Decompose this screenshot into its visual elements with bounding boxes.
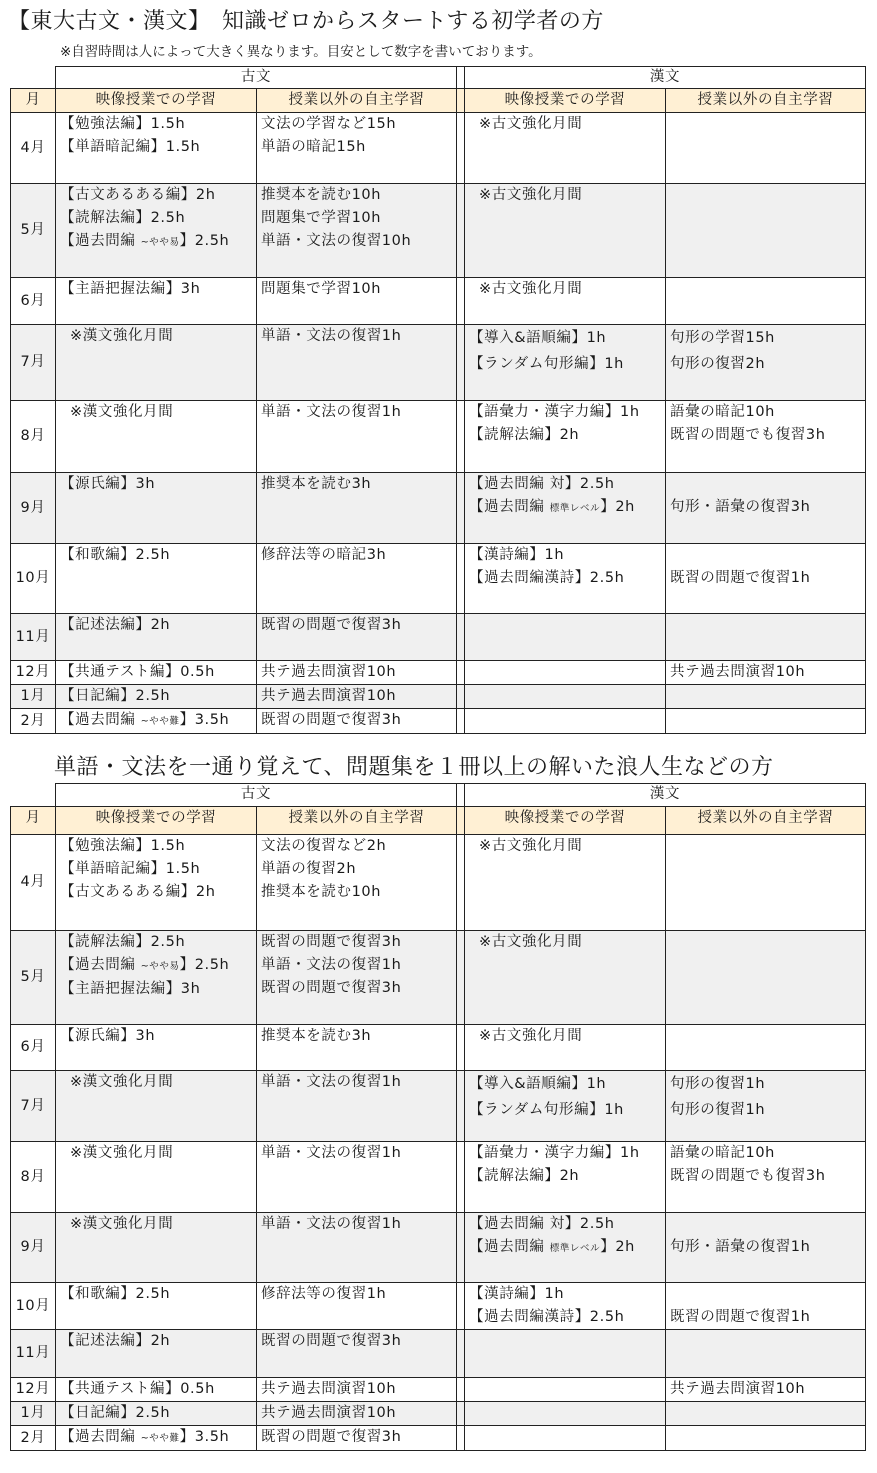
- kanbun-self-cell: [666, 184, 866, 278]
- cell-line: 問題集で学習10h: [261, 278, 452, 301]
- cell-line: 語彙の暗記10h: [670, 1142, 861, 1165]
- column-separator: [457, 1071, 465, 1142]
- column-separator: [457, 1426, 465, 1451]
- kobun-self-cell: 既習の問題で復習3h: [257, 614, 457, 661]
- kobun-video-cell: 【共通テスト編】0.5h: [56, 661, 257, 685]
- column-separator: [457, 807, 465, 835]
- cell-line: 既習の問題で復習3h: [261, 709, 452, 732]
- cell-line: ※漢文強化月間: [70, 1213, 252, 1236]
- month-row: 4月【勉強法編】1.5h【単語暗記編】1.5h【古文あるある編】2h文法の復習な…: [11, 835, 866, 931]
- cell-line: 単語・文法の復習1h: [261, 1071, 452, 1094]
- month-cell: 11月: [11, 614, 56, 661]
- kobun-video-cell: 【共通テスト編】0.5h: [56, 1378, 257, 1402]
- kobun-video-cell: 【過去問編 ~やや難】3.5h: [56, 1426, 257, 1451]
- cell-line: ※古文強化月間: [479, 113, 661, 136]
- cell-line: 【過去問編 ~やや難】3.5h: [60, 709, 252, 733]
- month-row: 4月【勉強法編】1.5h【単語暗記編】1.5h文法の学習など15h単語の暗記15…: [11, 113, 866, 184]
- column-separator: [457, 473, 465, 544]
- cell-line: 【日記編】2.5h: [60, 685, 252, 708]
- cell-line: ※古文強化月間: [479, 835, 661, 858]
- cell-line: 単語の暗記15h: [261, 136, 452, 159]
- kanbun-self-cell: 共テ過去問演習10h: [666, 1378, 866, 1402]
- kanbun-video-cell: 【語彙力・漢字力編】1h【読解法編】2h: [465, 401, 666, 473]
- cell-line: ※古文強化月間: [479, 184, 661, 207]
- corner-blank: [11, 784, 56, 807]
- month-cell: 10月: [11, 1283, 56, 1330]
- cell-line: 【語彙力・漢字力編】1h: [469, 1142, 661, 1165]
- month-row: 5月【古文あるある編】2h【読解法編】2.5h【過去問編 ~やや易】2.5h推奨…: [11, 184, 866, 278]
- kobun-video-cell: 【勉強法編】1.5h【単語暗記編】1.5h: [56, 113, 257, 184]
- month-row: 10月【和歌編】2.5h修辞法等の暗記3h【漢詩編】1h【過去問編漢詩】2.5h…: [11, 544, 866, 614]
- kanbun-self-cell: 語彙の暗記10h既習の問題でも復習3h: [666, 1142, 866, 1213]
- kobun-video-cell: 【古文あるある編】2h【読解法編】2.5h【過去問編 ~やや易】2.5h: [56, 184, 257, 278]
- kobun-video-cell: 【日記編】2.5h: [56, 1402, 257, 1426]
- kanbun-video-cell: [465, 1426, 666, 1451]
- month-row: 12月【共通テスト編】0.5h共テ過去問演習10h共テ過去問演習10h: [11, 1378, 866, 1402]
- kobun-video-cell: ※漢文強化月間: [56, 1213, 257, 1283]
- cell-line: ※古文強化月間: [479, 931, 661, 954]
- kobun-video-cell: 【読解法編】2.5h【過去問編 ~やや易】2.5h【主語把握法編】3h: [56, 931, 257, 1025]
- month-row: 1月【日記編】2.5h共テ過去問演習10h: [11, 1402, 866, 1426]
- month-cell: 4月: [11, 113, 56, 184]
- kanbun-video-cell: 【過去問編 対】2.5h【過去問編 標準レベル】2h: [465, 473, 666, 544]
- month-row: 11月【記述法編】2h既習の問題で復習3h: [11, 1330, 866, 1378]
- kobun-video-cell: 【源氏編】3h: [56, 1025, 257, 1071]
- kanbun-video-cell: 【過去問編 対】2.5h【過去問編 標準レベル】2h: [465, 1213, 666, 1283]
- kanbun-video-cell: [465, 661, 666, 685]
- cell-line: 既習の問題で復習3h: [261, 614, 452, 637]
- cell-line: 推奨本を読む3h: [261, 473, 452, 496]
- cell-line: 【記述法編】2h: [60, 1330, 252, 1353]
- kobun-self-cell: 単語・文法の復習1h: [257, 1213, 457, 1283]
- kobun-video-cell: 【和歌編】2.5h: [56, 544, 257, 614]
- cell-line: 既習の問題でも復習3h: [670, 424, 861, 447]
- column-separator: [457, 931, 465, 1025]
- month-cell: 6月: [11, 1025, 56, 1071]
- kobun-self-cell: 推奨本を読む3h: [257, 473, 457, 544]
- cell-line: ※漢文強化月間: [70, 1142, 252, 1165]
- kanbun-self-header: 授業以外の自主学習: [666, 89, 866, 113]
- month-row: 6月【源氏編】3h推奨本を読む3h※古文強化月間: [11, 1025, 866, 1071]
- kobun-video-cell: ※漢文強化月間: [56, 401, 257, 473]
- cell-line: 【日記編】2.5h: [60, 1402, 252, 1425]
- kobun-self-cell: 共テ過去問演習10h: [257, 1378, 457, 1402]
- kobun-self-cell: 単語・文法の復習1h: [257, 1071, 457, 1142]
- cell-line: 【読解法編】2.5h: [60, 931, 252, 954]
- kobun-self-cell: 問題集で学習10h: [257, 278, 457, 325]
- kobun-group-header: 古文: [56, 67, 457, 89]
- kanbun-video-cell: 【漢詩編】1h【過去問編漢詩】2.5h: [465, 1283, 666, 1330]
- month-row: 8月※漢文強化月間単語・文法の復習1h【語彙力・漢字力編】1h【読解法編】2h語…: [11, 401, 866, 473]
- cell-line: 【ランダム句形編】1h: [469, 351, 661, 377]
- kobun-group-header: 古文: [56, 784, 457, 807]
- column-separator: [457, 1213, 465, 1283]
- month-row: 12月【共通テスト編】0.5h共テ過去問演習10h共テ過去問演習10h: [11, 661, 866, 685]
- kanbun-video-cell: [465, 709, 666, 734]
- kanbun-video-header: 映像授業での学習: [465, 89, 666, 113]
- column-separator: [457, 401, 465, 473]
- section-title-ronin: 単語・文法を一通り覚えて、問題集を１冊以上の解いた浪人生などの方: [54, 750, 774, 781]
- cell-line: 【過去問編 ~やや易】2.5h: [60, 954, 252, 978]
- cell-line: 句形・語彙の復習1h: [670, 1236, 861, 1259]
- kobun-self-cell: 共テ過去問演習10h: [257, 661, 457, 685]
- cell-line: 句形の復習2h: [670, 351, 861, 377]
- kobun-video-cell: ※漢文強化月間: [56, 325, 257, 401]
- column-separator: [457, 325, 465, 401]
- cell-line: 【共通テスト編】0.5h: [60, 1378, 252, 1401]
- kanbun-video-cell: ※古文強化月間: [465, 184, 666, 278]
- column-separator: [457, 1142, 465, 1213]
- difficulty-note: ~やや難: [141, 1433, 180, 1444]
- kobun-video-cell: 【主語把握法編】3h: [56, 278, 257, 325]
- column-separator: [457, 1402, 465, 1426]
- difficulty-note: ~やや易: [141, 237, 180, 248]
- cell-line: 単語・文法の復習1h: [261, 401, 452, 424]
- cell-line: 【記述法編】2h: [60, 614, 252, 637]
- cell-line: 推奨本を読む10h: [261, 881, 452, 904]
- cell-line: 既習の問題で復習1h: [670, 567, 861, 590]
- cell-line: 語彙の暗記10h: [670, 401, 861, 424]
- kanbun-self-cell: 既習の問題で復習1h: [666, 1283, 866, 1330]
- month-cell: 2月: [11, 1426, 56, 1451]
- cell-line: 単語・文法の復習1h: [261, 1213, 452, 1236]
- cell-line: 共テ過去問演習10h: [261, 1378, 452, 1401]
- kanbun-self-cell: 句形・語彙の復習1h: [666, 1213, 866, 1283]
- cell-line: 【読解法編】2.5h: [60, 207, 252, 230]
- month-cell: 1月: [11, 685, 56, 709]
- cell-line: 単語の復習2h: [261, 858, 452, 881]
- kobun-video-cell: 【記述法編】2h: [56, 1330, 257, 1378]
- column-separator: [457, 784, 465, 807]
- month-header: 月: [11, 807, 56, 835]
- kanbun-video-cell: 【漢詩編】1h【過去問編漢詩】2.5h: [465, 544, 666, 614]
- cell-line: 句形の学習15h: [670, 325, 861, 351]
- month-cell: 9月: [11, 473, 56, 544]
- cell-line: 【勉強法編】1.5h: [60, 113, 252, 136]
- cell-line: 単語・文法の復習1h: [261, 1142, 452, 1165]
- month-row: 7月※漢文強化月間単語・文法の復習1h【導入&語順編】1h【ランダム句形編】1h…: [11, 325, 866, 401]
- cell-line: 【共通テスト編】0.5h: [60, 661, 252, 684]
- cell-line: 【和歌編】2.5h: [60, 544, 252, 567]
- cell-line: 単語・文法の復習10h: [261, 230, 452, 253]
- study-time-note: ※自習時間は人によって大きく異なります。目安として数字を書いております。: [60, 40, 542, 60]
- kobun-self-cell: 修辞法等の暗記3h: [257, 544, 457, 614]
- month-row: 2月【過去問編 ~やや難】3.5h既習の問題で復習3h: [11, 1426, 866, 1451]
- cell-line: 【過去問編 標準レベル】2h: [469, 496, 661, 520]
- cell-line: 【源氏編】3h: [60, 1025, 252, 1048]
- cell-line: 句形の復習1h: [670, 1071, 861, 1097]
- cell-line: 問題集で学習10h: [261, 207, 452, 230]
- cell-line: ※古文強化月間: [479, 1025, 661, 1048]
- kobun-self-cell: 既習の問題で復習3h: [257, 709, 457, 734]
- kobun-video-cell: 【記述法編】2h: [56, 614, 257, 661]
- kobun-self-cell: 修辞法等の復習1h: [257, 1283, 457, 1330]
- cell-line: 修辞法等の暗記3h: [261, 544, 452, 567]
- cell-line: 【過去問編 ~やや難】3.5h: [60, 1426, 252, 1450]
- month-cell: 12月: [11, 661, 56, 685]
- kobun-video-cell: 【過去問編 ~やや難】3.5h: [56, 709, 257, 734]
- kobun-video-cell: 【勉強法編】1.5h【単語暗記編】1.5h【古文あるある編】2h: [56, 835, 257, 931]
- cell-line: 文法の復習など2h: [261, 835, 452, 858]
- cell-line: 【漢詩編】1h: [469, 544, 661, 567]
- kobun-video-cell: ※漢文強化月間: [56, 1142, 257, 1213]
- kanbun-self-cell: [666, 614, 866, 661]
- cell-line: 【ランダム句形編】1h: [469, 1097, 661, 1123]
- month-cell: 2月: [11, 709, 56, 734]
- kanbun-self-cell: [666, 931, 866, 1025]
- month-row: 9月※漢文強化月間単語・文法の復習1h【過去問編 対】2.5h【過去問編 標準レ…: [11, 1213, 866, 1283]
- kobun-video-cell: ※漢文強化月間: [56, 1071, 257, 1142]
- column-separator: [457, 184, 465, 278]
- kanbun-self-cell: [666, 835, 866, 931]
- kanbun-video-cell: ※古文強化月間: [465, 835, 666, 931]
- cell-line: 【導入&語順編】1h: [469, 1071, 661, 1097]
- kanbun-self-cell: 語彙の暗記10h既習の問題でも復習3h: [666, 401, 866, 473]
- month-row: 8月※漢文強化月間単語・文法の復習1h【語彙力・漢字力編】1h【読解法編】2h語…: [11, 1142, 866, 1213]
- cell-line: 共テ過去問演習10h: [261, 661, 452, 684]
- kanbun-self-cell: 共テ過去問演習10h: [666, 661, 866, 685]
- column-separator: [457, 278, 465, 325]
- month-row: 1月【日記編】2.5h共テ過去問演習10h: [11, 685, 866, 709]
- kobun-video-header: 映像授業での学習: [56, 807, 257, 835]
- kobun-self-cell: 文法の復習など2h単語の復習2h推奨本を読む10h: [257, 835, 457, 931]
- month-cell: 8月: [11, 1142, 56, 1213]
- intermediate-plan-table: 古文 漢文 月 映像授業での学習 授業以外の自主学習 映像授業での学習 授業以外…: [10, 783, 866, 1451]
- kanbun-group-header: 漢文: [465, 784, 866, 807]
- kanbun-self-header: 授業以外の自主学習: [666, 807, 866, 835]
- cell-line: 既習の問題で復習3h: [261, 931, 452, 954]
- cell-line: 【読解法編】2h: [469, 1165, 661, 1188]
- kobun-self-cell: 既習の問題で復習3h単語・文法の復習1h既習の問題で復習3h: [257, 931, 457, 1025]
- month-cell: 1月: [11, 1402, 56, 1426]
- cell-line: 【古文あるある編】2h: [60, 184, 252, 207]
- cell-line: 【単語暗記編】1.5h: [60, 136, 252, 159]
- column-separator: [457, 685, 465, 709]
- month-row: 11月【記述法編】2h既習の問題で復習3h: [11, 614, 866, 661]
- kobun-video-cell: 【日記編】2.5h: [56, 685, 257, 709]
- kobun-self-cell: 単語・文法の復習1h: [257, 401, 457, 473]
- kanbun-self-cell: [666, 685, 866, 709]
- kanbun-video-cell: ※古文強化月間: [465, 931, 666, 1025]
- cell-line: 推奨本を読む10h: [261, 184, 452, 207]
- kanbun-video-cell: 【導入&語順編】1h【ランダム句形編】1h: [465, 325, 666, 401]
- kanbun-self-cell: 既習の問題で復習1h: [666, 544, 866, 614]
- kanbun-self-cell: 句形の学習15h句形の復習2h: [666, 325, 866, 401]
- cell-line: 【語彙力・漢字力編】1h: [469, 401, 661, 424]
- kanbun-video-cell: [465, 685, 666, 709]
- cell-line: 既習の問題で復習3h: [261, 977, 452, 1000]
- month-cell: 7月: [11, 1071, 56, 1142]
- kanbun-video-cell: 【導入&語順編】1h【ランダム句形編】1h: [465, 1071, 666, 1142]
- kobun-self-cell: 既習の問題で復習3h: [257, 1330, 457, 1378]
- kobun-self-cell: 単語・文法の復習1h: [257, 325, 457, 401]
- cell-line: 【漢詩編】1h: [469, 1283, 661, 1306]
- month-row: 7月※漢文強化月間単語・文法の復習1h【導入&語順編】1h【ランダム句形編】1h…: [11, 1071, 866, 1142]
- column-separator: [457, 709, 465, 734]
- kobun-self-cell: 文法の学習など15h単語の暗記15h: [257, 113, 457, 184]
- cell-line: 【古文あるある編】2h: [60, 881, 252, 904]
- kanbun-video-cell: [465, 614, 666, 661]
- cell-line: 【和歌編】2.5h: [60, 1283, 252, 1306]
- month-cell: 5月: [11, 184, 56, 278]
- kobun-self-cell: 共テ過去問演習10h: [257, 685, 457, 709]
- kanbun-self-cell: [666, 1330, 866, 1378]
- kanbun-video-cell: ※古文強化月間: [465, 113, 666, 184]
- month-cell: 10月: [11, 544, 56, 614]
- kanbun-self-cell: [666, 1426, 866, 1451]
- kanbun-video-cell: [465, 1330, 666, 1378]
- difficulty-note: 標準レベル: [550, 1243, 601, 1254]
- cell-line: 既習の問題でも復習3h: [670, 1165, 861, 1188]
- cell-line: 【過去問編 対】2.5h: [469, 1213, 661, 1236]
- kanbun-self-cell: 句形・語彙の復習3h: [666, 473, 866, 544]
- cell-line: 既習の問題で復習3h: [261, 1330, 452, 1353]
- kobun-video-cell: 【源氏編】3h: [56, 473, 257, 544]
- cell-line: 既習の問題で復習3h: [261, 1426, 452, 1449]
- kobun-self-cell: 推奨本を読む3h: [257, 1025, 457, 1071]
- column-separator: [457, 544, 465, 614]
- month-cell: 4月: [11, 835, 56, 931]
- cell-line: 推奨本を読む3h: [261, 1025, 452, 1048]
- kanbun-self-cell: 句形の復習1h句形の復習1h: [666, 1071, 866, 1142]
- cell-line: 【主語把握法編】3h: [60, 978, 252, 1001]
- cell-line: 【読解法編】2h: [469, 424, 661, 447]
- page-title: 【東大古文・漢文】 知識ゼロからスタートする初学者の方: [8, 4, 604, 35]
- kobun-video-header: 映像授業での学習: [56, 89, 257, 113]
- cell-line: 共テ過去問演習10h: [261, 685, 452, 708]
- kanbun-video-header: 映像授業での学習: [465, 807, 666, 835]
- kanbun-video-cell: [465, 1378, 666, 1402]
- cell-line: 【過去問編漢詩】2.5h: [469, 1306, 661, 1329]
- cell-line: 【過去問編 ~やや易】2.5h: [60, 230, 252, 254]
- cell-line: 共テ過去問演習10h: [261, 1402, 452, 1425]
- cell-line: 単語・文法の復習1h: [261, 954, 452, 977]
- month-cell: 7月: [11, 325, 56, 401]
- month-row: 2月【過去問編 ~やや難】3.5h既習の問題で復習3h: [11, 709, 866, 734]
- kobun-self-cell: 既習の問題で復習3h: [257, 1426, 457, 1451]
- kobun-self-cell: 共テ過去問演習10h: [257, 1402, 457, 1426]
- month-cell: 9月: [11, 1213, 56, 1283]
- kanbun-self-cell: [666, 1402, 866, 1426]
- column-separator: [457, 1025, 465, 1071]
- kobun-self-header: 授業以外の自主学習: [257, 807, 457, 835]
- kanbun-video-cell: ※古文強化月間: [465, 278, 666, 325]
- cell-line: ※漢文強化月間: [70, 1071, 252, 1094]
- cell-line: 【過去問編 対】2.5h: [469, 473, 661, 496]
- column-separator: [457, 1378, 465, 1402]
- cell-line: 修辞法等の復習1h: [261, 1283, 452, 1306]
- cell-line: 【過去問編漢詩】2.5h: [469, 567, 661, 590]
- month-row: 10月【和歌編】2.5h修辞法等の復習1h【漢詩編】1h【過去問編漢詩】2.5h…: [11, 1283, 866, 1330]
- difficulty-note: ~やや易: [141, 961, 180, 972]
- kanbun-video-cell: 【語彙力・漢字力編】1h【読解法編】2h: [465, 1142, 666, 1213]
- cell-line: 【導入&語順編】1h: [469, 325, 661, 351]
- cell-line: 句形の復習1h: [670, 1097, 861, 1123]
- cell-line: 文法の学習など15h: [261, 113, 452, 136]
- cell-line: ※漢文強化月間: [70, 325, 252, 348]
- month-cell: 11月: [11, 1330, 56, 1378]
- difficulty-note: 標準レベル: [550, 503, 601, 514]
- cell-line: 【過去問編 標準レベル】2h: [469, 1236, 661, 1260]
- cell-line: 句形・語彙の復習3h: [670, 496, 861, 519]
- kobun-self-cell: 単語・文法の復習1h: [257, 1142, 457, 1213]
- difficulty-note: ~やや難: [141, 716, 180, 727]
- month-cell: 12月: [11, 1378, 56, 1402]
- corner-blank: [11, 67, 56, 89]
- cell-line: 単語・文法の復習1h: [261, 325, 452, 348]
- cell-line: 共テ過去問演習10h: [670, 1378, 861, 1401]
- kanbun-self-cell: [666, 113, 866, 184]
- cell-line: ※古文強化月間: [479, 278, 661, 301]
- kanbun-self-cell: [666, 278, 866, 325]
- kanbun-video-cell: [465, 1402, 666, 1426]
- kanbun-video-cell: ※古文強化月間: [465, 1025, 666, 1071]
- column-separator: [457, 1330, 465, 1378]
- month-header: 月: [11, 89, 56, 113]
- beginner-plan-table: 古文 漢文 月 映像授業での学習 授業以外の自主学習 映像授業での学習 授業以外…: [10, 66, 866, 734]
- column-separator: [457, 835, 465, 931]
- month-cell: 5月: [11, 931, 56, 1025]
- cell-line: ※漢文強化月間: [70, 401, 252, 424]
- cell-line: 【源氏編】3h: [60, 473, 252, 496]
- kobun-self-header: 授業以外の自主学習: [257, 89, 457, 113]
- kanbun-self-cell: [666, 709, 866, 734]
- kobun-self-cell: 推奨本を読む10h問題集で学習10h単語・文法の復習10h: [257, 184, 457, 278]
- kobun-video-cell: 【和歌編】2.5h: [56, 1283, 257, 1330]
- kanbun-group-header: 漢文: [465, 67, 866, 89]
- column-separator: [457, 1283, 465, 1330]
- cell-line: 共テ過去問演習10h: [670, 661, 861, 684]
- month-row: 9月【源氏編】3h推奨本を読む3h【過去問編 対】2.5h【過去問編 標準レベル…: [11, 473, 866, 544]
- cell-line: 【単語暗記編】1.5h: [60, 858, 252, 881]
- column-separator: [457, 113, 465, 184]
- month-cell: 6月: [11, 278, 56, 325]
- cell-line: 既習の問題で復習1h: [670, 1306, 861, 1329]
- month-row: 6月【主語把握法編】3h問題集で学習10h※古文強化月間: [11, 278, 866, 325]
- month-row: 5月【読解法編】2.5h【過去問編 ~やや易】2.5h【主語把握法編】3h既習の…: [11, 931, 866, 1025]
- column-separator: [457, 67, 465, 89]
- month-cell: 8月: [11, 401, 56, 473]
- cell-line: 【勉強法編】1.5h: [60, 835, 252, 858]
- kanbun-self-cell: [666, 1025, 866, 1071]
- column-separator: [457, 661, 465, 685]
- column-separator: [457, 614, 465, 661]
- cell-line: 【主語把握法編】3h: [60, 278, 252, 301]
- column-separator: [457, 89, 465, 113]
